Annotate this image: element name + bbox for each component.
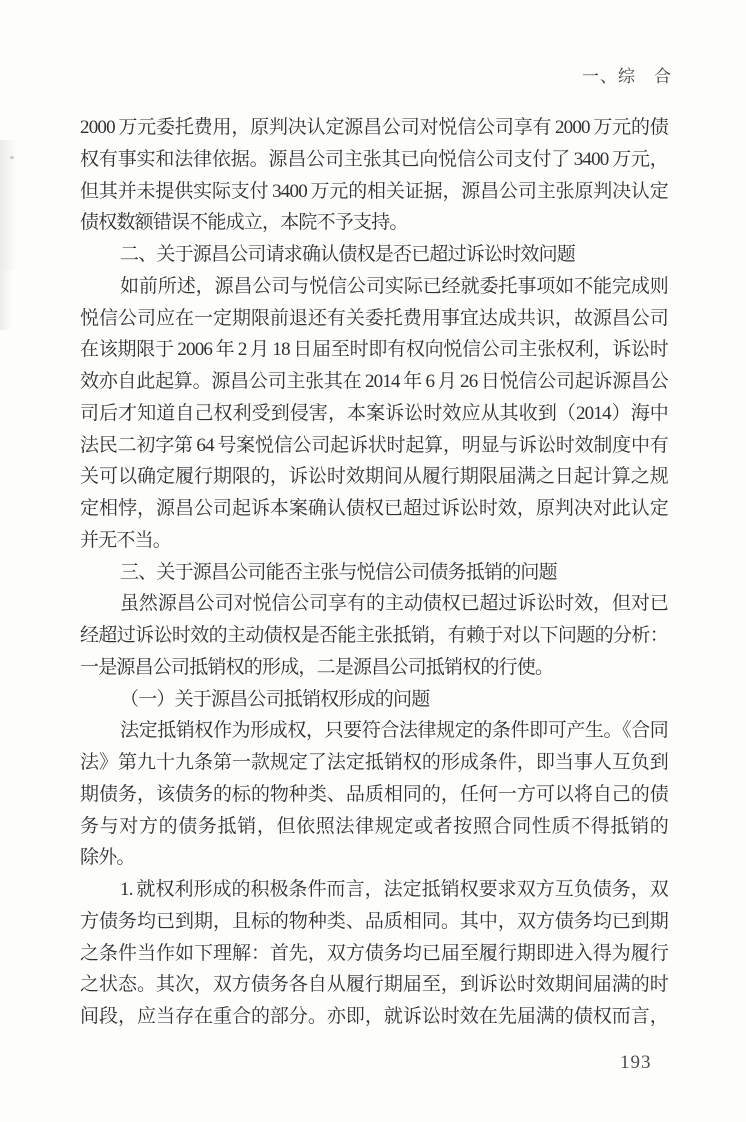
text-line: 2000 万元委托费用，原判决认定源昌公司对悦信公司享有 2000 万元的债 xyxy=(80,112,668,144)
running-header: 一、综 合 xyxy=(582,62,672,87)
page-number: 193 xyxy=(620,1052,652,1074)
text-line: 在该期限于 2006 年 2 月 18 日届至时即有权向悦信公司主张权利，诉讼时 xyxy=(80,334,668,366)
text-line: 如前所述，源昌公司与悦信公司实际已经就委托事项如不能完成则 xyxy=(80,271,668,303)
text-line: 效亦自此起算。源昌公司主张其在 2014 年 6 月 26 日悦信公司起诉源昌公 xyxy=(80,366,668,398)
text-line: 之条件当作如下理解：首先，双方债务均已届至履行期即进入得为履行 xyxy=(80,938,668,970)
text-line: 一是源昌公司抵销权的形成，二是源昌公司抵销权的行使。 xyxy=(80,652,668,684)
text-line: 法》第九十九条第一款规定了法定抵销权的形成条件，即当事人互负到 xyxy=(80,747,668,779)
text-line: 权有事实和法律依据。源昌公司主张其已向悦信公司支付了 3400 万元， xyxy=(80,144,668,176)
scan-artifact xyxy=(10,156,14,159)
page-body: 2000 万元委托费用，原判决认定源昌公司对悦信公司享有 2000 万元的债 权… xyxy=(80,112,668,1033)
text-line: 务与对方的债务抵销，但依照法律规定或者按照合同性质不得抵销的 xyxy=(80,811,668,843)
text-line: 期债务，该债务的标的物种类、品质相同的，任何一方可以将自己的债 xyxy=(80,779,668,811)
text-line: 并无不当。 xyxy=(80,525,668,557)
text-line: 定相悖，源昌公司起诉本案确认债权已超过诉讼时效，原判决对此认定 xyxy=(80,493,668,525)
text-line: 方债务均已到期，且标的物种类、品质相同。其中，双方债务均已到期 xyxy=(80,906,668,938)
scan-artifact xyxy=(0,270,12,330)
text-line: 债权数额错误不能成立，本院不予支持。 xyxy=(80,207,668,239)
text-line: 但其并未提供实际支付 3400 万元的相关证据，源昌公司主张原判决认定 xyxy=(80,176,668,208)
text-line: 间段，应当存在重合的部分。亦即，就诉讼时效在先届满的债权而言， xyxy=(80,1001,668,1033)
scan-artifact xyxy=(0,140,16,270)
text-line: 司后才知道自己权利受到侵害，本案诉讼时效应从其收到（2014）海中 xyxy=(80,398,668,430)
text-line: 法定抵销权作为形成权，只要符合法律规定的条件即可产生。《合同 xyxy=(80,715,668,747)
section-heading: 二、关于源昌公司请求确认债权是否已超过诉讼时效问题 xyxy=(80,239,668,271)
text-line: 经超过诉讼时效的主动债权是否能主张抵销，有赖于对以下问题的分析： xyxy=(80,620,668,652)
text-line: 除外。 xyxy=(80,842,668,874)
section-heading: 三、关于源昌公司能否主张与悦信公司债务抵销的问题 xyxy=(80,557,668,589)
text-line: 虽然源昌公司对悦信公司享有的主动债权已超过诉讼时效，但对已 xyxy=(80,588,668,620)
section-heading: （一）关于源昌公司抵销权形成的问题 xyxy=(80,684,668,716)
text-line: 悦信公司应在一定期限前退还有关委托费用事宜达成共识，故源昌公司 xyxy=(80,303,668,335)
text-line: 关可以确定履行期限的，诉讼时效期间从履行期限届满之日起计算之规 xyxy=(80,461,668,493)
document-page: 一、综 合 2000 万元委托费用，原判决认定源昌公司对悦信公司享有 2000 … xyxy=(0,0,746,1122)
text-line: 之状态。其次，双方债务各自从履行期届至，到诉讼时效期间届满的时 xyxy=(80,969,668,1001)
text-line: 1. 就权利形成的积极条件而言，法定抵销权要求双方互负债务，双 xyxy=(80,874,668,906)
text-line: 法民二初字第 64 号案悦信公司起诉状时起算，明显与诉讼时效制度中有 xyxy=(80,430,668,462)
